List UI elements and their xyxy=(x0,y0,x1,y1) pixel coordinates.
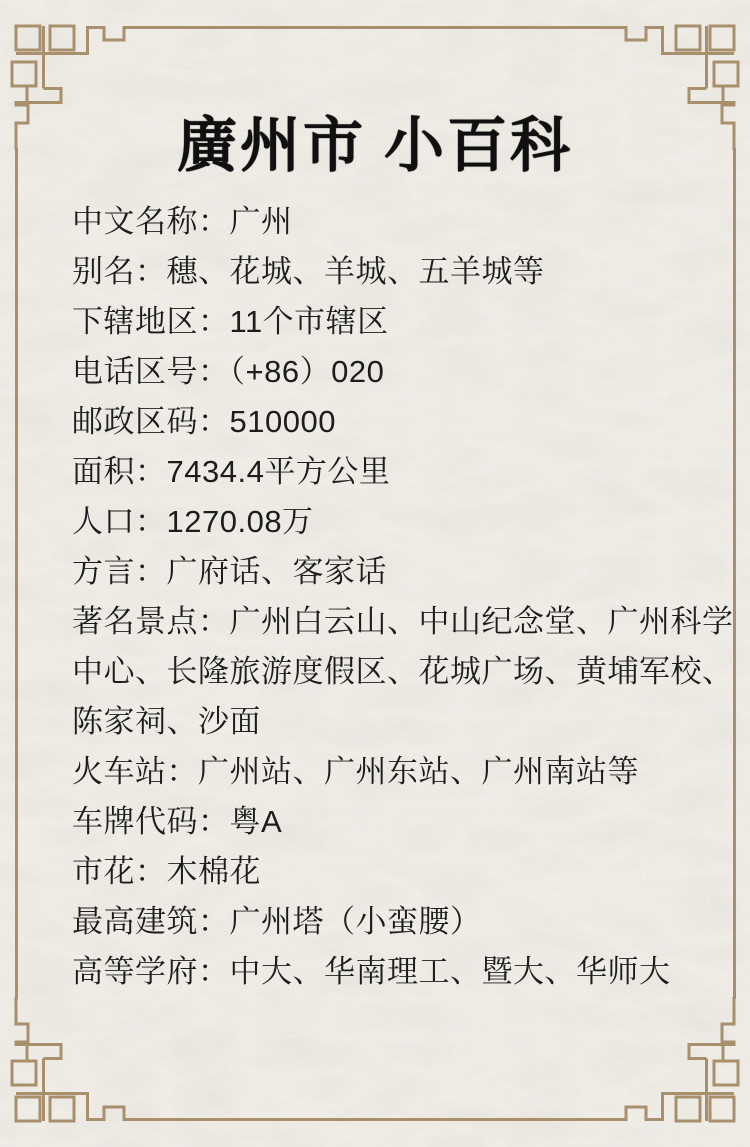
info-line: 著名景点：广州白云山、中山纪念堂、广州科学 xyxy=(72,597,714,647)
info-line: 方言：广府话、客家话 xyxy=(72,547,714,597)
info-line: 下辖地区：11个市辖区 xyxy=(72,297,714,347)
info-line: 陈家祠、沙面 xyxy=(72,697,714,747)
info-line: 车牌代码：粤A xyxy=(72,797,714,847)
encyclopedia-card: 廣州市 小百科 中文名称：广州别名：穗、花城、羊城、五羊城等下辖地区：11个市辖… xyxy=(0,0,750,1147)
info-list: 中文名称：广州别名：穗、花城、羊城、五羊城等下辖地区：11个市辖区电话区号：（+… xyxy=(72,197,714,997)
page-title: 廣州市 小百科 xyxy=(0,98,750,184)
info-line: 市花：木棉花 xyxy=(72,847,714,897)
info-line: 人口：1270.08万 xyxy=(72,497,714,547)
info-line: 中心、长隆旅游度假区、花城广场、黄埔军校、 xyxy=(72,647,714,697)
info-line: 面积：7434.4平方公里 xyxy=(72,447,714,497)
info-line: 最高建筑：广州塔（小蛮腰） xyxy=(72,897,714,947)
info-line: 邮政区码：510000 xyxy=(72,397,714,447)
info-line: 电话区号：（+86）020 xyxy=(72,347,714,397)
info-line: 中文名称：广州 xyxy=(72,197,714,247)
info-line: 火车站：广州站、广州东站、广州南站等 xyxy=(72,747,714,797)
info-line: 高等学府：中大、华南理工、暨大、华师大 xyxy=(72,947,714,997)
info-line: 别名：穗、花城、羊城、五羊城等 xyxy=(72,247,714,297)
